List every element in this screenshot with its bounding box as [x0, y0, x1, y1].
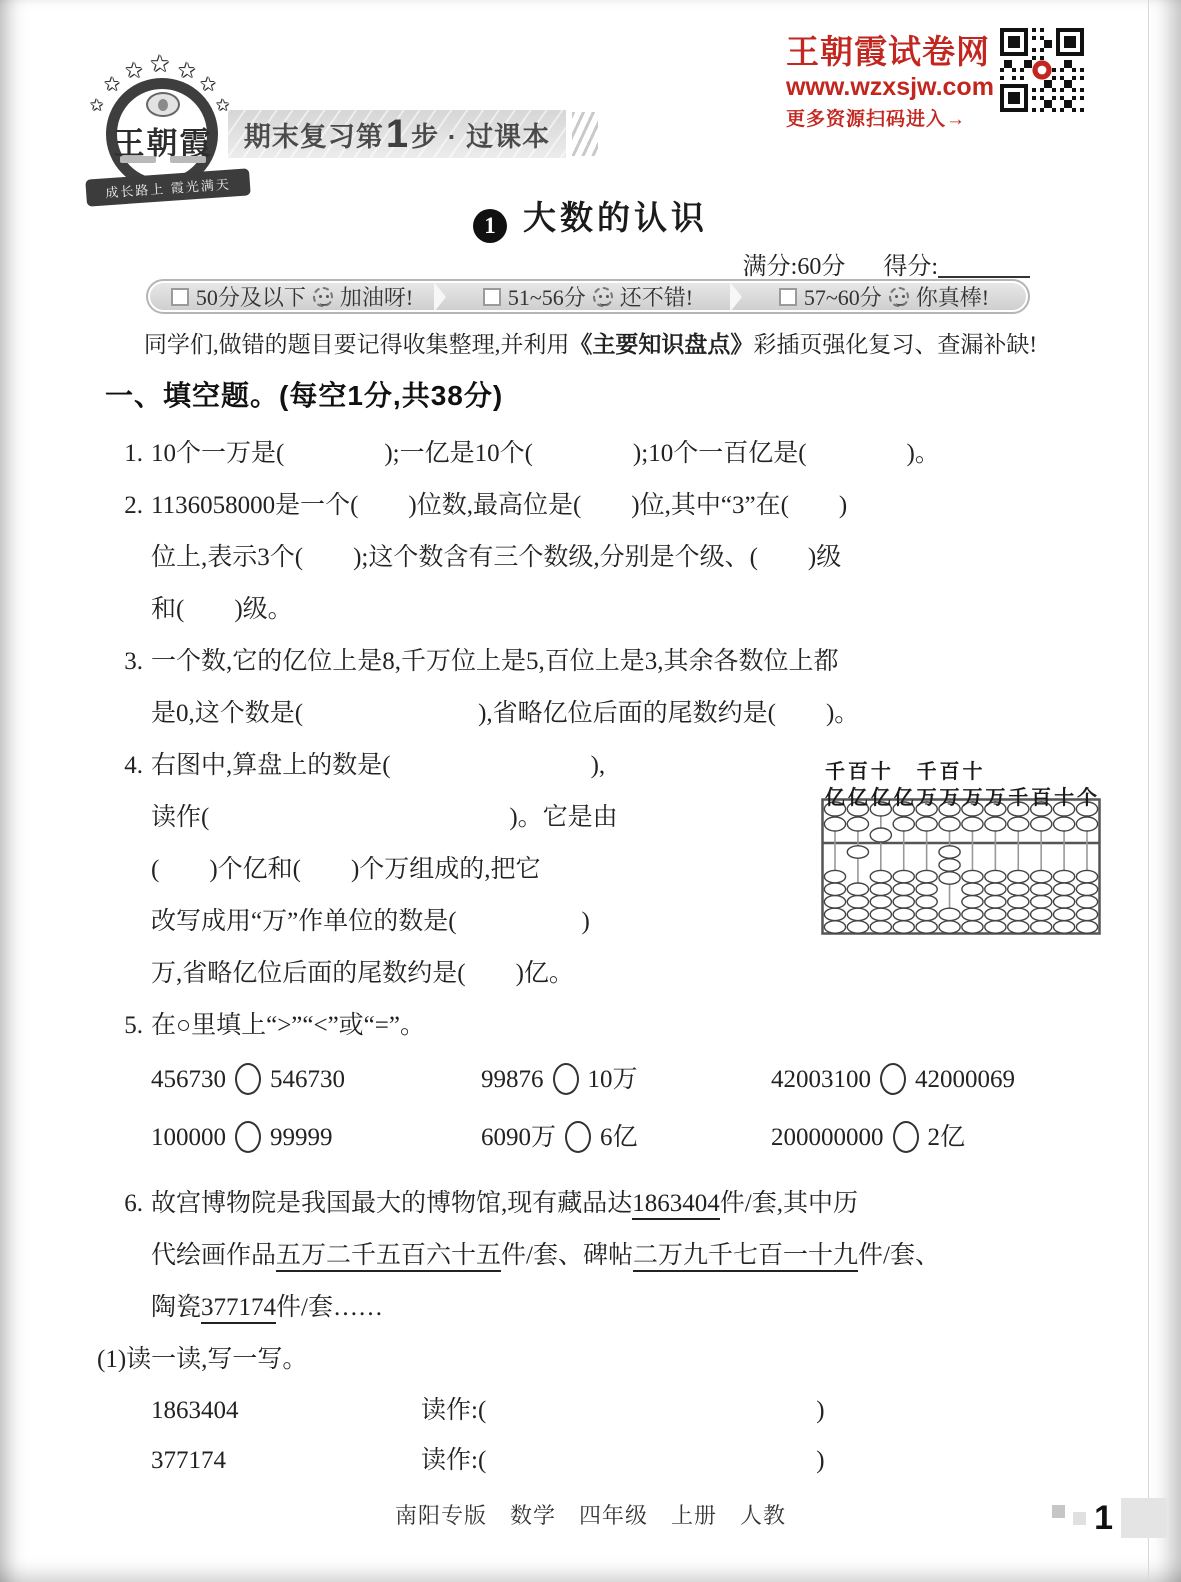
text-segment: 件/套、 — [858, 1242, 940, 1269]
decor-bar — [1121, 1498, 1167, 1538]
right-number: 42000069 — [915, 1066, 1015, 1093]
read-write-row: 1863404 读作:( ) — [105, 1386, 1077, 1436]
text-segment: 件/套、碑帖 — [501, 1242, 633, 1269]
question-text: 读作( )。它是由 — [151, 792, 811, 844]
star-icon: ★ — [150, 52, 170, 77]
left-number: 6090万 — [481, 1124, 556, 1151]
abacus-label: 万 — [916, 772, 938, 824]
right-number: 99999 — [270, 1124, 333, 1151]
lesson-title-text: 大数的认识 — [523, 199, 708, 236]
abacus-label: 亿 — [870, 772, 892, 824]
comparison-item: 10000099999 — [151, 1112, 481, 1164]
right-number: 6亿 — [600, 1124, 638, 1151]
right-number: 2亿 — [928, 1124, 966, 1151]
decor-square — [1073, 1512, 1086, 1525]
site-block: 王朝霞试卷网 www.wzxsjw.com 更多资源扫码进入→ — [786, 26, 996, 131]
banner-prefix: 期末复习第 — [244, 115, 384, 154]
face-icon — [889, 287, 909, 307]
full-score-label: 满分:60分 — [743, 254, 846, 280]
compare-circle[interactable] — [235, 1063, 261, 1095]
face-icon — [313, 287, 333, 307]
question-number: 4. — [105, 740, 151, 1000]
abacus-label: 十 — [1053, 772, 1075, 824]
abacus-label: 千 — [1007, 772, 1029, 824]
abacus-label: 个 — [1076, 772, 1098, 824]
number-to-read: 1863404 — [151, 1386, 421, 1436]
left-number: 100000 — [151, 1124, 226, 1151]
abacus-figure: 千百十千百十亿亿亿亿万万万万千百十个 — [811, 746, 1111, 935]
checkbox[interactable] — [483, 288, 501, 306]
banner-suffix: 步 · 过课本 — [411, 115, 550, 154]
abacus-label: 亿 — [893, 772, 915, 824]
question-text: 和( )级。 — [151, 584, 1077, 636]
text-segment: 代绘画作品 — [151, 1242, 276, 1269]
question-text: 是0,这个数是( ),省略亿位后面的尾数约是( )。 — [151, 688, 1077, 740]
notice-book-title: 《主要知识盘点》 — [569, 331, 753, 357]
underlined-number: 1863404 — [632, 1190, 720, 1220]
close-paren: ) — [816, 1436, 824, 1486]
section-heading: 一、填空题。(每空1分,共38分) — [105, 374, 1077, 414]
brand-badge: ★ ★ ★ ★ ★ ★ ★ 王朝霞 成长路上 霞光满天 — [92, 52, 244, 212]
chevron-separator — [730, 283, 742, 310]
band-range: 51~56分 — [508, 283, 586, 310]
abacus-label: 亿 — [824, 772, 846, 824]
score-bands-strip: 50分及以下 加油呀! 51~56分 还不错! 57~60分 你真棒! — [146, 279, 1030, 314]
checkbox[interactable] — [779, 288, 797, 306]
underlined-number: 五万二千五百六十五 — [276, 1242, 501, 1272]
comparison-item: 456730546730 — [151, 1054, 481, 1106]
comparison-item: 6090万6亿 — [481, 1112, 771, 1164]
chevron-separator — [434, 283, 446, 310]
left-number: 200000000 — [771, 1124, 884, 1151]
subquestion-label: (1)读一读,写一写。 — [97, 1334, 1077, 1386]
question-text: 1136058000是一个( )位数,最高位是( )位,其中“3”在( ) — [151, 480, 1077, 532]
star-icon: ★ — [125, 58, 143, 82]
question-text: 10个一万是( );一亿是10个( );10个一百亿是( )。 — [151, 428, 1077, 480]
question-1: 1. 10个一万是( );一亿是10个( );10个一百亿是( )。 — [105, 428, 1077, 480]
abacus-label: 万 — [961, 772, 983, 824]
compare-circle[interactable] — [565, 1121, 591, 1153]
question-2: 2. 1136058000是一个( )位数,最高位是( )位,其中“3”在( )… — [105, 480, 1077, 636]
abacus-label: 万 — [939, 772, 961, 824]
read-write-row: 377174 读作:( ) — [105, 1436, 1077, 1486]
step-banner: 期末复习第 1 步 · 过课本 — [228, 110, 566, 158]
text-segment: 件/套,其中历 — [720, 1190, 858, 1217]
question-text: 位上,表示3个( );这个数含有三个数级,分别是个级、( )级 — [151, 532, 1077, 584]
compare-circle[interactable] — [235, 1121, 261, 1153]
number-to-read: 377174 — [151, 1436, 421, 1486]
banner-slash-decoration — [572, 112, 598, 156]
question-number: 5. — [105, 1000, 151, 1164]
question-text: ( )个亿和( )个万组成的,把它 — [151, 844, 811, 896]
left-number: 456730 — [151, 1066, 226, 1093]
notice-line: 同学们,做错的题目要记得收集整理,并利用《主要知识盘点》彩插页强化复习、查漏补缺… — [0, 326, 1181, 359]
score-band: 57~60分 你真棒! — [742, 283, 1026, 310]
lesson-title: 1大数的认识 — [0, 192, 1181, 243]
abacus-label: 万 — [984, 772, 1006, 824]
comparison-item: 9987610万 — [481, 1054, 771, 1106]
question-number: 3. — [105, 636, 151, 740]
got-score-label: 得分: — [883, 254, 938, 280]
question-5: 5. 在○里填上“>”“<”或“=”。 456730546730 9987610… — [105, 1000, 1077, 1164]
badge-portrait — [146, 92, 180, 117]
lesson-number-icon: 1 — [473, 209, 507, 243]
left-number: 99876 — [481, 1066, 544, 1093]
banner-step-number: 1 — [386, 114, 409, 154]
site-name: 王朝霞试卷网 — [786, 26, 996, 73]
question-text: 陶瓷377174件/套…… — [151, 1282, 1077, 1334]
question-area: 一、填空题。(每空1分,共38分) 1. 10个一万是( );一亿是10个( )… — [105, 374, 1077, 1486]
compare-circle[interactable] — [553, 1063, 579, 1095]
question-text: 右图中,算盘上的数是( ), — [151, 740, 811, 792]
score-band: 50分及以下 加油呀! — [150, 283, 434, 310]
read-as-label: 读作:( — [421, 1386, 486, 1436]
page-number: 1 — [1094, 1499, 1113, 1538]
comparison-item: 2000000002亿 — [771, 1112, 1077, 1164]
question-4: 4. 右图中,算盘上的数是( ), 读作( )。它是由 ( )个亿和( )个万组… — [105, 740, 1077, 1000]
question-6: 6. 故宫博物院是我国最大的博物馆,现有藏品达1863404件/套,其中历 代绘… — [105, 1178, 1077, 1334]
question-text: 一个数,它的亿位上是8,千万位上是5,百位上是3,其余各数位上都 — [151, 636, 1077, 688]
decor-square — [1052, 1505, 1065, 1518]
got-score-blank[interactable] — [938, 254, 1030, 278]
underlined-number: 377174 — [201, 1294, 276, 1324]
checkbox[interactable] — [171, 288, 189, 306]
footer-meta: 南阳专版 数学 四年级 上册 人教 — [0, 1499, 1181, 1530]
abacus-label: 百 — [1030, 772, 1052, 824]
notice-pre: 同学们,做错的题目要记得收集整理,并利用 — [144, 332, 570, 357]
section-title: 一、填空题。 — [105, 380, 279, 411]
right-number: 546730 — [270, 1066, 345, 1093]
band-praise: 加油呀! — [340, 283, 413, 310]
band-praise: 你真棒! — [916, 283, 989, 310]
score-band: 51~56分 还不错! — [446, 283, 730, 310]
star-icon: ★ — [178, 58, 196, 82]
star-icon: ★ — [90, 96, 103, 114]
site-url: www.wzxsjw.com — [786, 73, 996, 102]
qr-code — [1000, 28, 1084, 112]
score-row: 满分:60分 得分: — [0, 246, 1030, 281]
band-praise: 还不错! — [620, 283, 693, 310]
text-segment: 件/套…… — [276, 1294, 383, 1321]
star-icon: ★ — [104, 74, 120, 95]
question-text: 故宫博物院是我国最大的博物馆,现有藏品达1863404件/套,其中历 — [151, 1178, 1077, 1230]
abacus-label: 亿 — [847, 772, 869, 824]
question-text: 改写成用“万”作单位的数是( ) — [151, 896, 811, 948]
comparison-item: 4200310042000069 — [771, 1054, 1077, 1106]
text-segment: 陶瓷 — [151, 1294, 201, 1321]
section-note: (每空1分,共38分) — [279, 380, 503, 411]
comparison-grid: 456730546730 9987610万 4200310042000069 1… — [151, 1054, 1077, 1164]
badge-motto-marks — [120, 156, 206, 163]
notice-post: 彩插页强化复习、查漏补缺! — [753, 332, 1037, 357]
face-icon — [593, 287, 613, 307]
underlined-number: 二万九千七百一十九 — [633, 1242, 858, 1272]
question-number: 6. — [105, 1178, 151, 1334]
read-as-label: 读作:( — [421, 1436, 486, 1486]
band-range: 57~60分 — [804, 283, 882, 310]
question-number: 2. — [105, 480, 151, 636]
page-number-block: 1 — [1052, 1498, 1167, 1538]
band-range: 50分及以下 — [196, 283, 306, 310]
question-text: 代绘画作品五万二千五百六十五件/套、碑帖二万九千七百一十九件/套、 — [151, 1230, 1077, 1282]
site-more-text: 更多资源扫码进入→ — [786, 104, 996, 131]
question-number: 1. — [105, 428, 151, 480]
compare-circle[interactable] — [880, 1063, 906, 1095]
close-paren: ) — [816, 1386, 824, 1436]
worksheet-page: ★ ★ ★ ★ ★ ★ ★ 王朝霞 成长路上 霞光满天 期末复习第 1 步 · … — [0, 0, 1181, 1582]
star-icon: ★ — [200, 74, 216, 95]
right-number: 10万 — [588, 1066, 638, 1093]
question-text: 在○里填上“>”“<”或“=”。 — [151, 1000, 1077, 1052]
abacus-column-labels: 千百十千百十亿亿亿亿万万万万千百十个 — [821, 746, 1101, 798]
text-segment: 故宫博物院是我国最大的博物馆,现有藏品达 — [151, 1190, 632, 1217]
question-3: 3. 一个数,它的亿位上是8,千万位上是5,百位上是3,其余各数位上都 是0,这… — [105, 636, 1077, 740]
question-text: 万,省略亿位后面的尾数约是( )亿。 — [151, 948, 811, 1000]
compare-circle[interactable] — [893, 1121, 919, 1153]
left-number: 42003100 — [771, 1066, 871, 1093]
